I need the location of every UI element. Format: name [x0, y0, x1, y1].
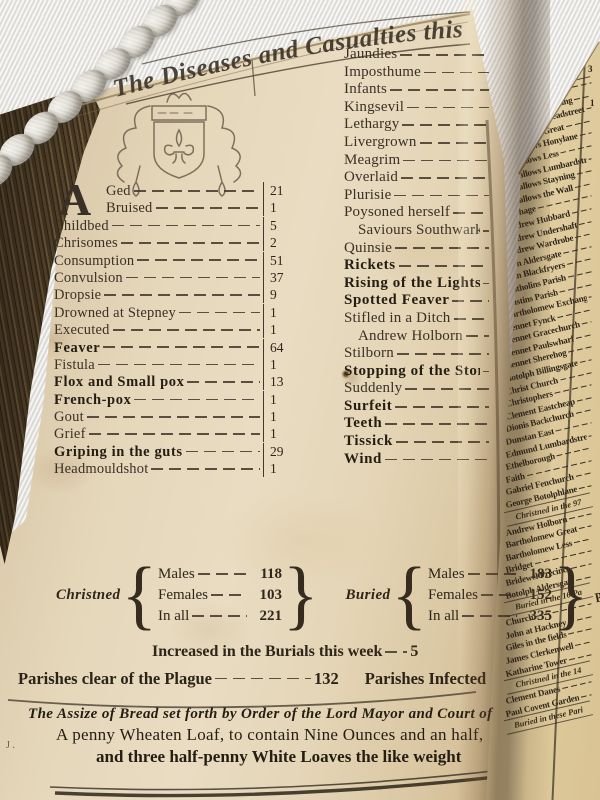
dropcap-letter: A — [58, 180, 91, 220]
dash-leader — [483, 283, 489, 285]
dash-leader — [113, 329, 260, 331]
casualty-row: Imposthume — [342, 64, 492, 82]
margin-number: 1 — [590, 98, 595, 108]
casualty-label: French-pox — [54, 392, 131, 408]
assize-line-3: and three half-penny White Loaves the li… — [96, 746, 565, 768]
casualty-label: Meagrim — [344, 152, 400, 169]
dash-leader — [187, 381, 260, 383]
dash-leader — [575, 641, 591, 646]
casualties-left-list: A Ged21Bruised1Childbed5Chrisomes2Consum… — [48, 182, 300, 478]
dash-leader — [462, 615, 517, 617]
christened-rows: Males118Females103In all221 — [158, 564, 282, 627]
casualty-row: Headmouldshot1 — [48, 460, 300, 477]
casualty-row: Quinsie — [342, 240, 492, 258]
dash-leader — [588, 296, 591, 298]
dash-leader — [395, 406, 489, 408]
casualty-sublabel: Andrew Holborn — [358, 328, 463, 345]
casualty-count: 1 — [263, 321, 300, 338]
dash-leader — [454, 318, 490, 320]
margin-number: 3 — [588, 64, 593, 74]
dash-leader — [179, 312, 260, 314]
casualty-label: Imposthume — [344, 64, 421, 81]
casualty-label: Poysoned herself — [344, 204, 450, 221]
casualty-row: Teeth — [342, 415, 492, 433]
assize-line-1: The Assize of Bread set forth by Order o… — [28, 704, 565, 724]
dash-leader — [576, 334, 592, 339]
dash-leader — [468, 573, 517, 575]
dash-leader — [569, 513, 592, 519]
dash-leader — [397, 353, 489, 355]
casualty-label: Infants — [344, 81, 387, 98]
dash-leader — [405, 388, 489, 390]
plague-tag: Plague — [593, 584, 600, 607]
casualty-row: Meagrim — [342, 152, 492, 170]
casualty-label: Executed — [54, 322, 110, 338]
increase-line: Increased in the Burials this week 5 — [152, 642, 545, 662]
casualty-label: Livergrown — [344, 134, 417, 151]
casualty-label: Rickets — [344, 257, 396, 274]
casualty-row: Dropsie9 — [48, 286, 300, 303]
casualty-label: Chrisomes — [54, 235, 118, 251]
dash-leader — [562, 681, 592, 689]
casualty-row: Ged21 — [100, 182, 300, 199]
casualty-label: Spotted Feaver — [344, 292, 449, 309]
count-label: Males — [428, 564, 465, 584]
dash-leader — [401, 177, 489, 179]
plague-clear-label: Parishes clear of the Plague — [18, 668, 212, 689]
brace-close-icon — [553, 558, 589, 632]
casualty-row: Stifled in a Ditch — [342, 310, 492, 328]
casualty-row: Tissick — [342, 433, 492, 451]
dash-leader — [566, 120, 592, 127]
dash-leader — [579, 359, 591, 363]
dash-leader — [134, 190, 260, 192]
christened-block: Christned Males118Females103In all221 — [56, 560, 320, 630]
casualty-row: Chrisomes2 — [48, 234, 300, 251]
casualty-count: 1 — [263, 408, 300, 425]
casualty-row: Gout1 — [48, 408, 300, 425]
dash-leader — [574, 538, 592, 543]
casualty-label: Bruised — [106, 200, 153, 216]
casualty-label: Kingsevil — [344, 99, 404, 116]
casualty-row: Plurisie — [342, 187, 492, 205]
dash-leader — [420, 142, 489, 144]
casualty-row: Bruised1 — [100, 199, 300, 216]
dash-leader — [134, 399, 260, 401]
dash-leader — [198, 573, 247, 575]
casualty-row: Flox and Small pox13 — [48, 373, 300, 390]
casualty-label: Stifled in a Ditch — [344, 310, 451, 327]
casualty-count: 21 — [263, 182, 300, 199]
dash-leader — [89, 433, 260, 435]
increase-label: Increased in the Burials this week — [152, 642, 382, 662]
casualty-label: Drowned at Stepney — [54, 305, 176, 321]
dash-leader — [385, 423, 489, 425]
dash-leader — [424, 72, 489, 74]
dash-leader — [396, 441, 489, 443]
casualty-row: Spotted Feaver — [342, 292, 492, 310]
casualty-row: Surfeit — [342, 398, 492, 416]
casualty-label: Rising of the Lights — [344, 275, 480, 292]
buried-rows: Males183Females152In all335 — [428, 564, 552, 627]
casualty-label: Gout — [54, 409, 84, 425]
casualty-count: 1 — [263, 460, 300, 477]
dash-leader — [575, 472, 591, 477]
plague-clear-value: 132 — [314, 668, 339, 689]
totals-row: Christned Males118Females103In all221 Bu… — [0, 560, 600, 630]
casualty-row: Infants — [342, 81, 492, 99]
casualty-row: Grief1 — [48, 425, 300, 442]
casualty-row: Kingsevil — [342, 99, 492, 117]
plague-infected-label: Parishes Infected — [365, 668, 486, 689]
dash-leader — [581, 694, 592, 697]
dash-leader — [403, 160, 489, 162]
plague-line: Parishes clear of the Plague 132 Parishe… — [18, 668, 545, 689]
dash-leader — [211, 594, 247, 596]
count-row: Females103 — [158, 585, 282, 606]
casualty-row: Poysoned herself — [342, 204, 492, 222]
casualty-label: Stilborn — [344, 345, 394, 362]
casualty-label: Plurisie — [344, 187, 391, 204]
dash-leader — [402, 124, 489, 126]
dash-leader — [385, 459, 489, 461]
dash-leader — [567, 258, 592, 265]
dash-leader — [466, 335, 489, 337]
dash-leader — [588, 158, 591, 160]
casualty-count: 1 — [263, 199, 300, 216]
dash-leader — [575, 183, 592, 188]
dash-leader — [126, 277, 260, 279]
summary-lines: Increased in the Burials this week 5 Par… — [0, 642, 545, 689]
dash-leader — [137, 259, 260, 261]
casualties-right-list: JaundiesImposthumeInfantsKingsevilLethar… — [342, 46, 492, 468]
count-value: 152 — [520, 585, 552, 605]
casualty-count: 37 — [263, 269, 300, 286]
casualty-count: 13 — [263, 373, 300, 390]
dash-leader — [483, 371, 489, 373]
casualty-label: Ged — [106, 183, 131, 199]
casualty-count: 51 — [263, 252, 300, 269]
casualty-count: 2 — [263, 234, 300, 251]
casualty-label: Griping in the guts — [54, 444, 183, 460]
dash-leader — [385, 651, 407, 653]
margin-mark: J . — [6, 740, 15, 751]
casualty-label: Overlaid — [344, 169, 398, 186]
dash-leader — [579, 221, 592, 225]
casualty-label: Convulsion — [54, 270, 123, 286]
count-label: In all — [428, 606, 459, 626]
casualty-count: 64 — [263, 339, 300, 356]
dash-leader — [483, 230, 489, 232]
casualty-row: Drowned at Stepney1 — [48, 304, 300, 321]
casualty-row: Fistula1 — [48, 356, 300, 373]
casualty-label: Surfeit — [344, 398, 392, 415]
casualty-count: 1 — [263, 304, 300, 321]
casualty-row-sub: Saviours Southwark — [342, 222, 492, 240]
casualty-row: Lethargy — [342, 116, 492, 134]
casualty-row-sub: Andrew Holborn — [342, 328, 492, 346]
dash-leader — [186, 451, 260, 453]
casualty-row: Executed1 — [48, 321, 300, 338]
count-label: Males — [158, 564, 195, 584]
casualty-count: 1 — [263, 356, 300, 373]
count-value: 103 — [250, 585, 282, 605]
casualty-label: Consumption — [54, 253, 134, 269]
dash-leader — [561, 145, 592, 153]
count-value: 335 — [520, 606, 552, 626]
casualty-count: 9 — [263, 286, 300, 303]
dash-leader — [407, 107, 489, 109]
dash-leader — [575, 409, 591, 414]
dash-leader — [399, 265, 489, 267]
assize-of-bread-notice: The Assize of Bread set forth by Order o… — [20, 704, 565, 768]
dash-leader — [577, 397, 592, 401]
dash-leader — [192, 615, 247, 617]
brace-open-icon — [391, 558, 427, 632]
casualty-row: Wind — [342, 451, 492, 469]
dash-leader — [394, 195, 489, 197]
count-row: In all335 — [428, 606, 552, 627]
casualty-row: Suddenly — [342, 380, 492, 398]
dash-leader — [453, 212, 489, 214]
assize-line-2: A penny Wheaten Loaf, to contain Nine Ou… — [56, 724, 565, 746]
count-label: Females — [428, 585, 478, 605]
count-value: 118 — [250, 564, 282, 584]
casualty-row: Stopping of the Stomach — [342, 363, 492, 381]
casualty-row: Rickets — [342, 257, 492, 275]
casualty-row: Overlaid — [342, 169, 492, 187]
buried-label: Buried — [346, 587, 391, 604]
casualty-label: Quinsie — [344, 240, 392, 257]
casualty-label: Stopping of the Stomach — [344, 363, 480, 380]
dash-leader — [481, 594, 517, 596]
dash-leader — [400, 54, 489, 56]
count-value: 221 — [250, 606, 282, 626]
increase-value: 5 — [410, 642, 418, 662]
casualty-row: Convulsion37 — [48, 269, 300, 286]
dash-leader — [87, 416, 260, 418]
dash-leader — [112, 225, 260, 227]
dash-leader — [579, 485, 592, 489]
casualty-sublabel: Saviours Southwark — [358, 222, 480, 239]
dash-leader — [579, 525, 592, 529]
casualty-row: Stilborn — [342, 345, 492, 363]
casualty-label: Lethargy — [344, 116, 399, 133]
casualty-row: Rising of the Lights — [342, 275, 492, 293]
casualty-label: Feaver — [54, 340, 100, 356]
dash-leader — [569, 654, 592, 660]
casualty-label: Tissick — [344, 433, 393, 450]
buried-block: Buried Males183Females152In all335 Plagu… — [346, 560, 600, 630]
casualty-row: Consumption51 — [48, 252, 300, 269]
brace-open-icon — [121, 558, 157, 632]
casualty-label: Teeth — [344, 415, 382, 432]
casualty-label: Flox and Small pox — [54, 374, 184, 390]
dash-leader — [156, 207, 260, 209]
casualty-row: Jaundies — [342, 46, 492, 64]
dash-leader — [568, 271, 592, 277]
count-row: Females152 — [428, 585, 552, 606]
casualty-row: Griping in the guts29 — [48, 443, 300, 460]
count-label: Females — [158, 585, 208, 605]
count-value: 183 — [520, 564, 552, 584]
count-row: Males183 — [428, 564, 552, 585]
casualty-label: Dropsie — [54, 287, 101, 303]
casualty-row: Livergrown — [342, 134, 492, 152]
casualty-label: Jaundies — [344, 46, 397, 63]
dash-leader — [395, 247, 489, 249]
casualty-label: Headmouldshot — [54, 461, 148, 477]
casualty-row: Feaver64 — [48, 339, 300, 356]
dash-leader — [121, 242, 260, 244]
casualty-label: Suddenly — [344, 380, 402, 397]
dash-leader — [151, 468, 260, 470]
dash-leader — [103, 346, 260, 348]
dash-leader — [582, 321, 592, 324]
casualty-label: Grief — [54, 426, 86, 442]
count-label: In all — [158, 606, 189, 626]
dash-leader — [572, 208, 592, 214]
casualty-count: 29 — [263, 443, 300, 460]
christened-label: Christned — [56, 587, 120, 604]
count-row: In all221 — [158, 606, 282, 627]
casualty-count: 1 — [263, 425, 300, 442]
casualty-label: Fistula — [54, 357, 95, 373]
casualty-row: French-pox1 — [48, 391, 300, 408]
brace-close-icon — [283, 558, 319, 632]
casualty-count: 5 — [263, 217, 300, 234]
casualty-count: 1 — [263, 391, 300, 408]
dash-leader — [588, 435, 591, 437]
dash-leader — [452, 300, 489, 302]
dash-leader — [390, 89, 489, 91]
count-row: Males118 — [158, 564, 282, 585]
dash-leader — [215, 678, 311, 680]
casualty-label: Wind — [344, 451, 382, 468]
dash-leader — [104, 294, 260, 296]
dash-leader — [98, 364, 260, 366]
